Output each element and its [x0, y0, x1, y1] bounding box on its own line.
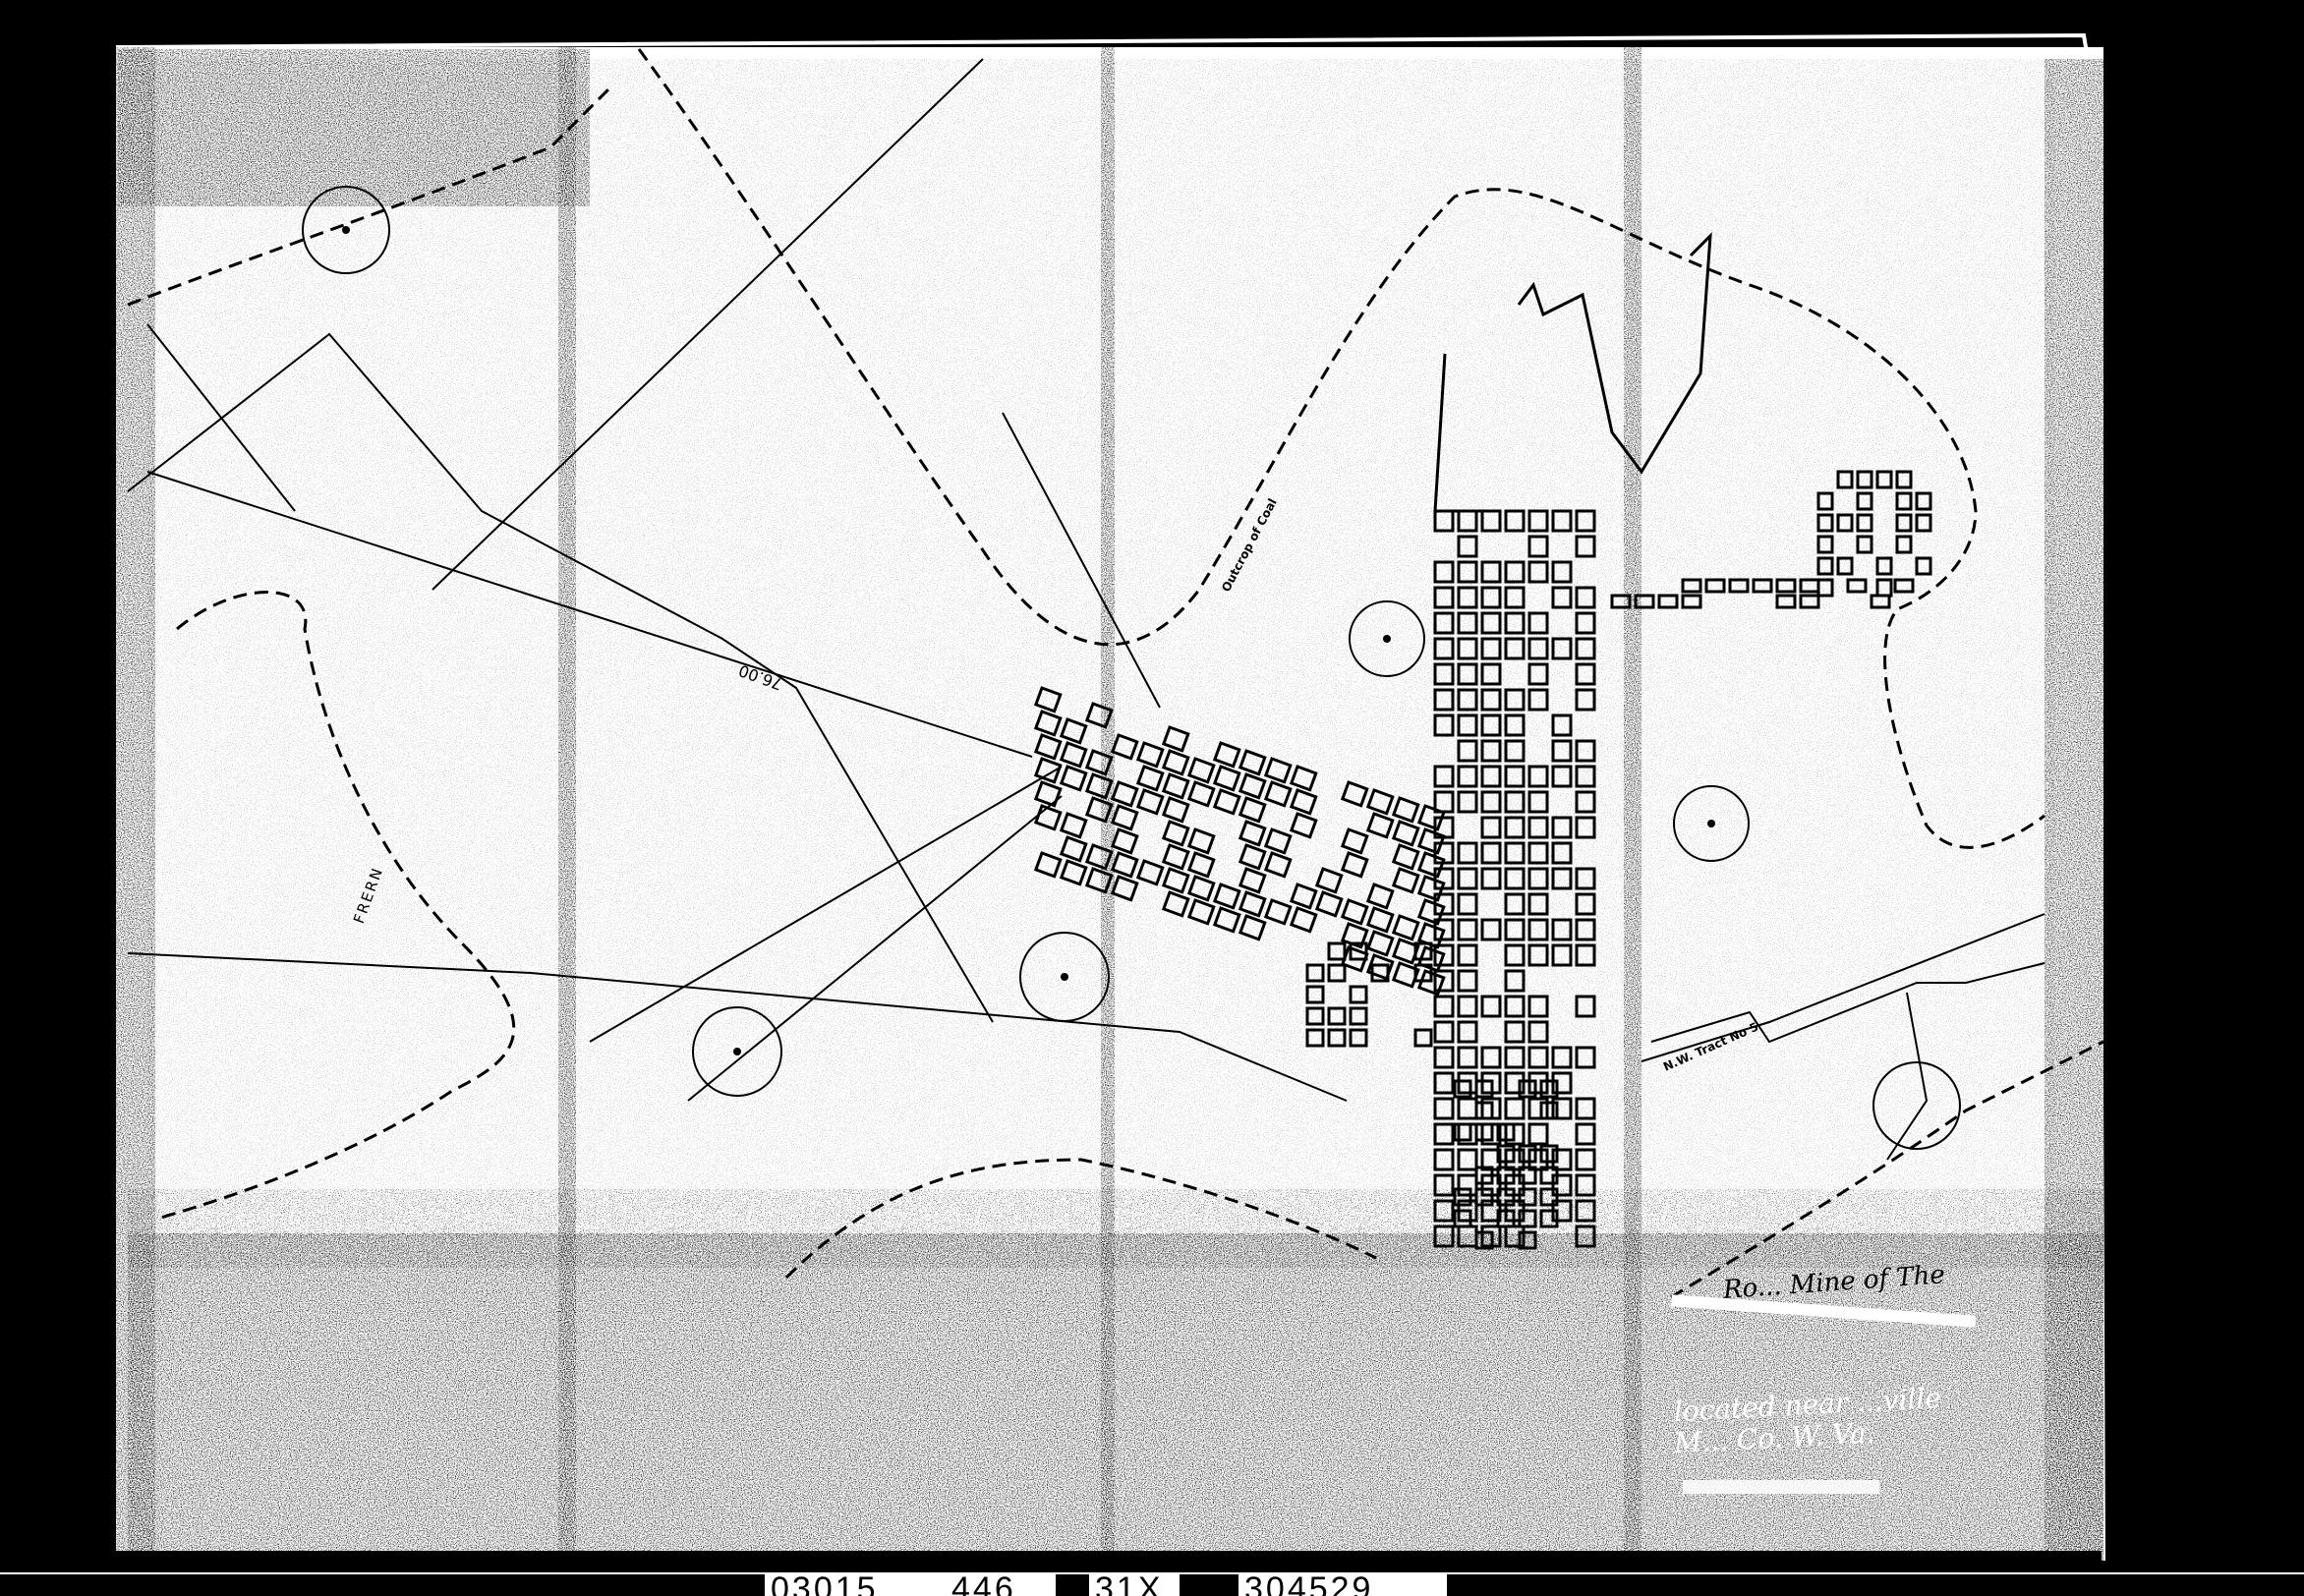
frame-number-2: 446 — [946, 1572, 1056, 1596]
mine-map — [0, 0, 2304, 1596]
frame-number-1: 03015 — [765, 1572, 953, 1596]
frame-number-4: 304529 — [1238, 1572, 1447, 1596]
cartouche-scale-bar — [1683, 1480, 1879, 1494]
frame-number-3: 31X — [1089, 1572, 1180, 1596]
frame-tick-marks — [0, 1572, 2304, 1574]
